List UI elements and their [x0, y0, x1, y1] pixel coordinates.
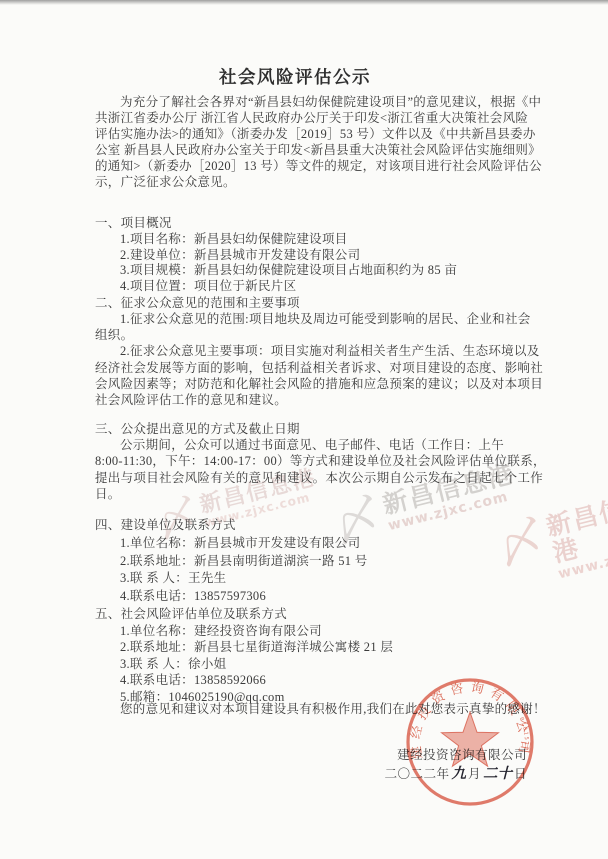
- section-feedback-method: 三、公众提出意见的方式及截止日期 公示期间，公众可以通过书面意见、电子邮件、电话…: [95, 421, 555, 502]
- scan-edge-artifact: [0, 0, 608, 5]
- intro-line: 公室 新昌县人民政府办公室关于印发<新昌县重大决策社会风险评估实施细则》: [95, 142, 555, 158]
- intro-line: 示，广泛征求公众意见。: [95, 174, 555, 190]
- document-page: 社会风险评估公示 〆 新昌信息港 www.zjxc.com 〆 新昌信息港 ww…: [0, 0, 608, 859]
- section-line: 2.联系地址：新昌县七星街道海洋城公寓楼 21 层: [95, 639, 555, 656]
- section-line: 提出与项目社会风险有关的意见和建议。本次公示期自公示发布之日起七个工作: [95, 470, 555, 486]
- section-builder-contact: 四、建设单位及联系方式 1.单位名称：新昌县城市开发建设有限公司 2.联系地址：…: [95, 517, 555, 606]
- section-line: 1.单位名称：新昌县城市开发建设有限公司: [95, 535, 555, 553]
- section-line: 会风险因素等；对防范和化解社会风险的措施和应急预案的建议；以及对本项目: [95, 376, 555, 392]
- section-project-overview: 一、项目概况 1.项目名称：新昌县妇幼保健院建设项目 2.建设单位：新昌县城市开…: [95, 216, 555, 295]
- section-line: 4.项目位置：项目位于新民片区: [95, 279, 555, 295]
- section-line: 2.联系地址：新昌县南明街道湖滨一路 51 号: [95, 553, 555, 571]
- section-line: 2.征求公众意见主要事项：项目实施对利益相关者生产生活、生态环境以及: [95, 343, 555, 359]
- section-heading: 五、社会风险评估单位及联系方式: [95, 606, 555, 623]
- page-title: 社会风险评估公示: [0, 64, 590, 89]
- section-line: 1.单位名称：建经投资咨询有限公司: [95, 623, 555, 640]
- section-line: 2.建设单位：新昌县城市开发建设有限公司: [95, 248, 555, 264]
- intro-line: 的通知>（新委办［2020］13 号）等文件的规定，对该项目进行社会风险评估公: [95, 158, 555, 174]
- section-opinion-scope: 二、征求公众意见的范围和主要事项 1.征求公众意见的范围:项目地块及周边可能受到…: [95, 295, 555, 408]
- intro-line: 为充分了解社会各界对“新昌县妇幼保健院建设项目”的意见建议，根据《中: [95, 94, 555, 110]
- section-heading: 四、建设单位及联系方式: [95, 517, 555, 535]
- section-line: 1.征求公众意见的范围:项目地块及周边可能受到影响的居民、企业和社会: [95, 311, 555, 327]
- section-line: 经济社会发展等方面的影响，包括利益相关者诉求、对项目建设的态度、影响社: [95, 360, 555, 376]
- section-line: 1.项目名称：新昌县妇幼保健院建设项目: [95, 232, 555, 248]
- section-line: 组织。: [95, 327, 555, 343]
- section-line: 公示期间，公众可以通过书面意见、电子邮件、电话（工作日：上午: [95, 437, 555, 453]
- company-seal: 建经投资咨询有限公司 0101510: [395, 667, 545, 817]
- section-line: 4.联系电话：13857597306: [95, 588, 555, 606]
- section-line: 3.联 系 人：王先生: [95, 570, 555, 588]
- intro-line: 共浙江省委办公厅 浙江省人民政府办公厅关于印发<浙江省重大决策社会风险: [95, 110, 555, 126]
- section-heading: 一、项目概况: [95, 216, 555, 232]
- section-line: 8:00-11:30，下午：14:00-17：00）等方式和建设单位及社会风险评…: [95, 453, 555, 469]
- intro-paragraph: 为充分了解社会各界对“新昌县妇幼保健院建设项目”的意见建议，根据《中 共浙江省委…: [95, 94, 555, 190]
- seal-star-icon: [441, 712, 498, 766]
- section-line: 社会风险评估工作的意见和建议。: [95, 392, 555, 408]
- section-heading: 三、公众提出意见的方式及截止日期: [95, 421, 555, 437]
- section-line: 3.项目规模：新昌县妇幼保健院建设项目占地面积约为 85 亩: [95, 263, 555, 279]
- section-line: 日。: [95, 486, 555, 502]
- section-heading: 二、征求公众意见的范围和主要事项: [95, 295, 555, 311]
- watermark-url: www.zjxc.com: [557, 537, 608, 582]
- intro-line: 评估实施办法>的通知》（浙委办发［2019］53 号）文件以及《中共新昌县委办: [95, 126, 555, 142]
